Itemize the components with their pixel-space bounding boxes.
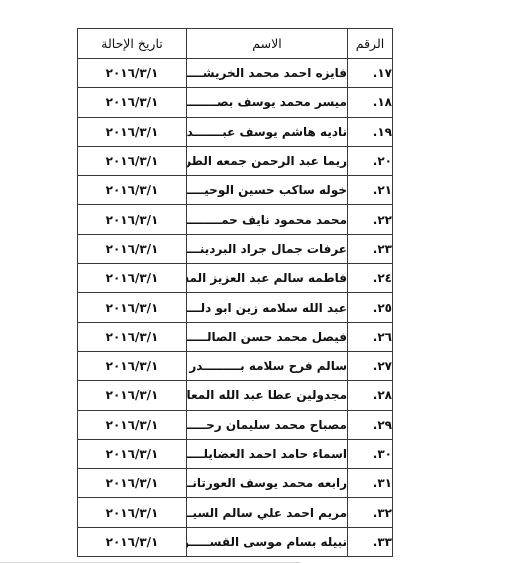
row-referral-date: ٢٠١٦/٣/١ — [78, 88, 187, 117]
row-name: محمد محمود نايف حمــــــــــد — [187, 205, 348, 234]
row-referral-date: ٢٠١٦/٣/١ — [78, 117, 187, 146]
row-number: ٢٤. — [348, 264, 393, 293]
row-name: فاطمه سالم عبد العزيز المشـــوح — [187, 264, 348, 293]
row-number: ٢٩. — [348, 410, 393, 439]
table-row: ٢٤.فاطمه سالم عبد العزيز المشـــوح٢٠١٦/٣… — [78, 264, 393, 293]
document-page: الرقم الاسم تاريخ الإحالة ١٧.فايزه احمد … — [0, 0, 524, 564]
row-number: ٢٠. — [348, 146, 393, 175]
row-referral-date: ٢٠١٦/٣/١ — [78, 381, 187, 410]
row-referral-date: ٢٠١٦/٣/١ — [78, 498, 187, 527]
row-referral-date: ٢٠١٦/٣/١ — [78, 351, 187, 380]
header-referral-date: تاريخ الإحالة — [78, 29, 187, 59]
table-row: ١٩.ناديه هاشم يوسف عبـــــــد الله٢٠١٦/٣… — [78, 117, 393, 146]
row-number: ١٧. — [348, 59, 393, 88]
row-name: سالم فرح سلامه بـــــــــدر — [187, 351, 348, 380]
referrals-table: الرقم الاسم تاريخ الإحالة ١٧.فايزه احمد … — [77, 28, 393, 557]
row-name: فايزه احمد محمد الخريشـــــــــه — [187, 59, 348, 88]
table-body: ١٧.فايزه احمد محمد الخريشـــــــــه٢٠١٦/… — [78, 59, 393, 557]
row-name: عرفات جمال جراد البردينـــــــي — [187, 234, 348, 263]
header-name: الاسم — [187, 29, 348, 59]
table-row: ٢١.خوله ساكب حسين الوحيـــــدي٢٠١٦/٣/١ — [78, 176, 393, 205]
row-name: فيصل محمد حسن الصالـــــــح — [187, 322, 348, 351]
table-row: ٣١.رابعه محمد يوسف العورتانـــــي٢٠١٦/٣/… — [78, 469, 393, 498]
row-number: ٢٦. — [348, 322, 393, 351]
table-row: ١٨.ميسر محمد يوسف بصـــــــــول٢٠١٦/٣/١ — [78, 88, 393, 117]
table-row: ٢٠.ريما عبد الرحمن جمعه الطراونـــه٢٠١٦/… — [78, 146, 393, 175]
row-referral-date: ٢٠١٦/٣/١ — [78, 59, 187, 88]
row-name: ناديه هاشم يوسف عبـــــــد الله — [187, 117, 348, 146]
row-name: ميسر محمد يوسف بصـــــــــول — [187, 88, 348, 117]
row-number: ٢٣. — [348, 234, 393, 263]
table-row: ٢٥.عبد الله سلامه زين ابو دلـــــو٢٠١٦/٣… — [78, 293, 393, 322]
table-row: ٢٢.محمد محمود نايف حمــــــــــد٢٠١٦/٣/١ — [78, 205, 393, 234]
table-row: ٣٢.مريم احمد علي سالم السيـــــــد٢٠١٦/٣… — [78, 498, 393, 527]
table-row: ٢٨.مجدولين عطا عبد الله المعانـــــي٢٠١٦… — [78, 381, 393, 410]
row-name: مريم احمد علي سالم السيـــــــد — [187, 498, 348, 527]
row-name: خوله ساكب حسين الوحيـــــدي — [187, 176, 348, 205]
row-name: مصباح محمد سليمان رحـــــال — [187, 410, 348, 439]
row-number: ٢٧. — [348, 351, 393, 380]
row-referral-date: ٢٠١٦/٣/١ — [78, 410, 187, 439]
table-row: ١٧.فايزه احمد محمد الخريشـــــــــه٢٠١٦/… — [78, 59, 393, 88]
table-header-row: الرقم الاسم تاريخ الإحالة — [78, 29, 393, 59]
row-referral-date: ٢٠١٦/٣/١ — [78, 293, 187, 322]
row-number: ١٨. — [348, 88, 393, 117]
table-row: ٢٦.فيصل محمد حسن الصالـــــــح٢٠١٦/٣/١ — [78, 322, 393, 351]
page-divider-line — [0, 562, 300, 563]
row-name: مجدولين عطا عبد الله المعانـــــي — [187, 381, 348, 410]
row-referral-date: ٢٠١٦/٣/١ — [78, 469, 187, 498]
row-number: ٣٠. — [348, 439, 393, 468]
row-referral-date: ٢٠١٦/٣/١ — [78, 322, 187, 351]
row-referral-date: ٢٠١٦/٣/١ — [78, 527, 187, 556]
row-referral-date: ٢٠١٦/٣/١ — [78, 234, 187, 263]
table-row: ٢٧.سالم فرح سلامه بـــــــــدر٢٠١٦/٣/١ — [78, 351, 393, 380]
row-referral-date: ٢٠١٦/٣/١ — [78, 439, 187, 468]
row-number: ٢٨. — [348, 381, 393, 410]
row-number: ٢٥. — [348, 293, 393, 322]
row-referral-date: ٢٠١٦/٣/١ — [78, 264, 187, 293]
row-number: ٢٢. — [348, 205, 393, 234]
row-number: ١٩. — [348, 117, 393, 146]
row-name: نبيله بسام موسى القســـــوس — [187, 527, 348, 556]
row-name: رابعه محمد يوسف العورتانـــــي — [187, 469, 348, 498]
row-referral-date: ٢٠١٦/٣/١ — [78, 205, 187, 234]
row-number: ٣٣. — [348, 527, 393, 556]
row-referral-date: ٢٠١٦/٣/١ — [78, 176, 187, 205]
row-name: ريما عبد الرحمن جمعه الطراونـــه — [187, 146, 348, 175]
table-row: ٢٣.عرفات جمال جراد البردينـــــــي٢٠١٦/٣… — [78, 234, 393, 263]
row-name: عبد الله سلامه زين ابو دلـــــو — [187, 293, 348, 322]
table-row: ٣٠.اسماء حامد احمد العضايلـــــــه٢٠١٦/٣… — [78, 439, 393, 468]
table-row: ٢٩.مصباح محمد سليمان رحـــــال٢٠١٦/٣/١ — [78, 410, 393, 439]
header-number: الرقم — [348, 29, 393, 59]
row-number: ٣٢. — [348, 498, 393, 527]
table-row: ٣٣.نبيله بسام موسى القســـــوس٢٠١٦/٣/١ — [78, 527, 393, 556]
row-number: ٣١. — [348, 469, 393, 498]
row-number: ٢١. — [348, 176, 393, 205]
row-referral-date: ٢٠١٦/٣/١ — [78, 146, 187, 175]
row-name: اسماء حامد احمد العضايلـــــــه — [187, 439, 348, 468]
